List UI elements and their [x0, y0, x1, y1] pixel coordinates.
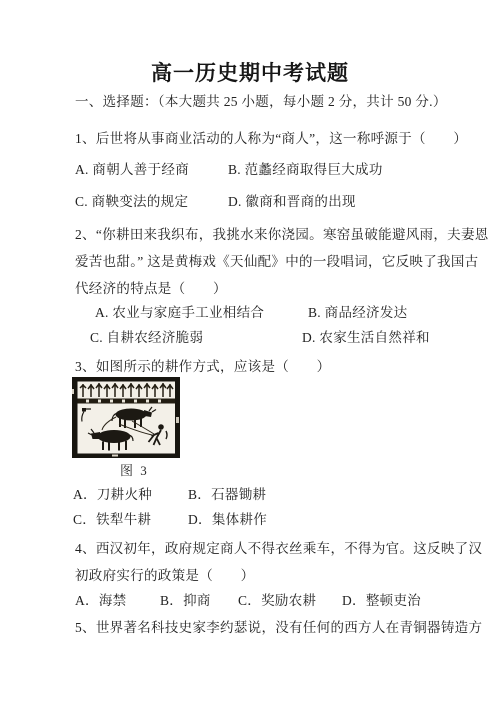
figure-3-caption: 图 3: [120, 460, 149, 479]
question-1-option-d: D. 徽商和晋商的出现: [228, 190, 356, 210]
question-2-option-b: B. 商品经济发达: [308, 301, 407, 321]
question-4-option-b: B．抑商: [160, 589, 211, 609]
question-4-option-a: A．海禁: [75, 589, 126, 609]
question-1-stem: 1、后世将从事商业活动的人称为“商人”，这一称呼源于（ ）: [75, 127, 467, 147]
question-3-option-d: D．集体耕作: [188, 508, 267, 528]
question-2-stem-line-2: 爱苦也甜。” 这是黄梅戏《天仙配》中的一段唱词，它反映了我国古: [75, 250, 478, 270]
question-1-option-a: A. 商朝人善于经商: [75, 158, 189, 178]
question-4-stem-line-2: 初政府实行的政策是（ ）: [75, 564, 254, 584]
question-4-option-c: C．奖励农耕: [238, 589, 316, 609]
question-2-option-d: D. 农家生活自然祥和: [302, 326, 430, 346]
exam-title: 高一历史期中考试题: [0, 57, 500, 87]
question-1-option-b: B. 范蠡经商取得巨大成功: [228, 158, 383, 178]
question-2-option-a: A. 农业与家庭手工业相结合: [95, 301, 264, 321]
question-2-stem-line-3: 代经济的特点是（ ）: [75, 277, 227, 297]
question-2-option-c: C. 自耕农经济脆弱: [90, 326, 203, 346]
section-header: 一、选择题：（本大题共 25 小题，每小题 2 分，共计 50 分.）: [75, 90, 447, 110]
exam-page: 高一历史期中考试题 一、选择题：（本大题共 25 小题，每小题 2 分，共计 5…: [0, 0, 500, 707]
question-1-option-c: C. 商鞅变法的规定: [75, 190, 188, 210]
question-3-option-a: A．刀耕火种: [73, 483, 152, 503]
question-4-option-d: D．整顿吏治: [342, 589, 421, 609]
question-3-stem: 3、如图所示的耕作方式，应该是（ ）: [75, 355, 330, 375]
figure-3-plowing-relief-image: [72, 377, 180, 458]
question-5-stem-line-1: 5、世界著名科技史家李约瑟说，没有任何的西方人在青铜器铸造方: [75, 616, 482, 636]
question-2-stem-line-1: 2、“你耕田来我织布，我挑水来你浇园。寒窑虽破能避风雨，夫妻恩: [75, 223, 489, 243]
question-3-option-b: B．石器锄耕: [188, 483, 266, 503]
question-4-stem-line-1: 4、西汉初年，政府规定商人不得衣丝乘车，不得为官。这反映了汉: [75, 537, 482, 557]
question-3-option-c: C．铁犁牛耕: [73, 508, 151, 528]
